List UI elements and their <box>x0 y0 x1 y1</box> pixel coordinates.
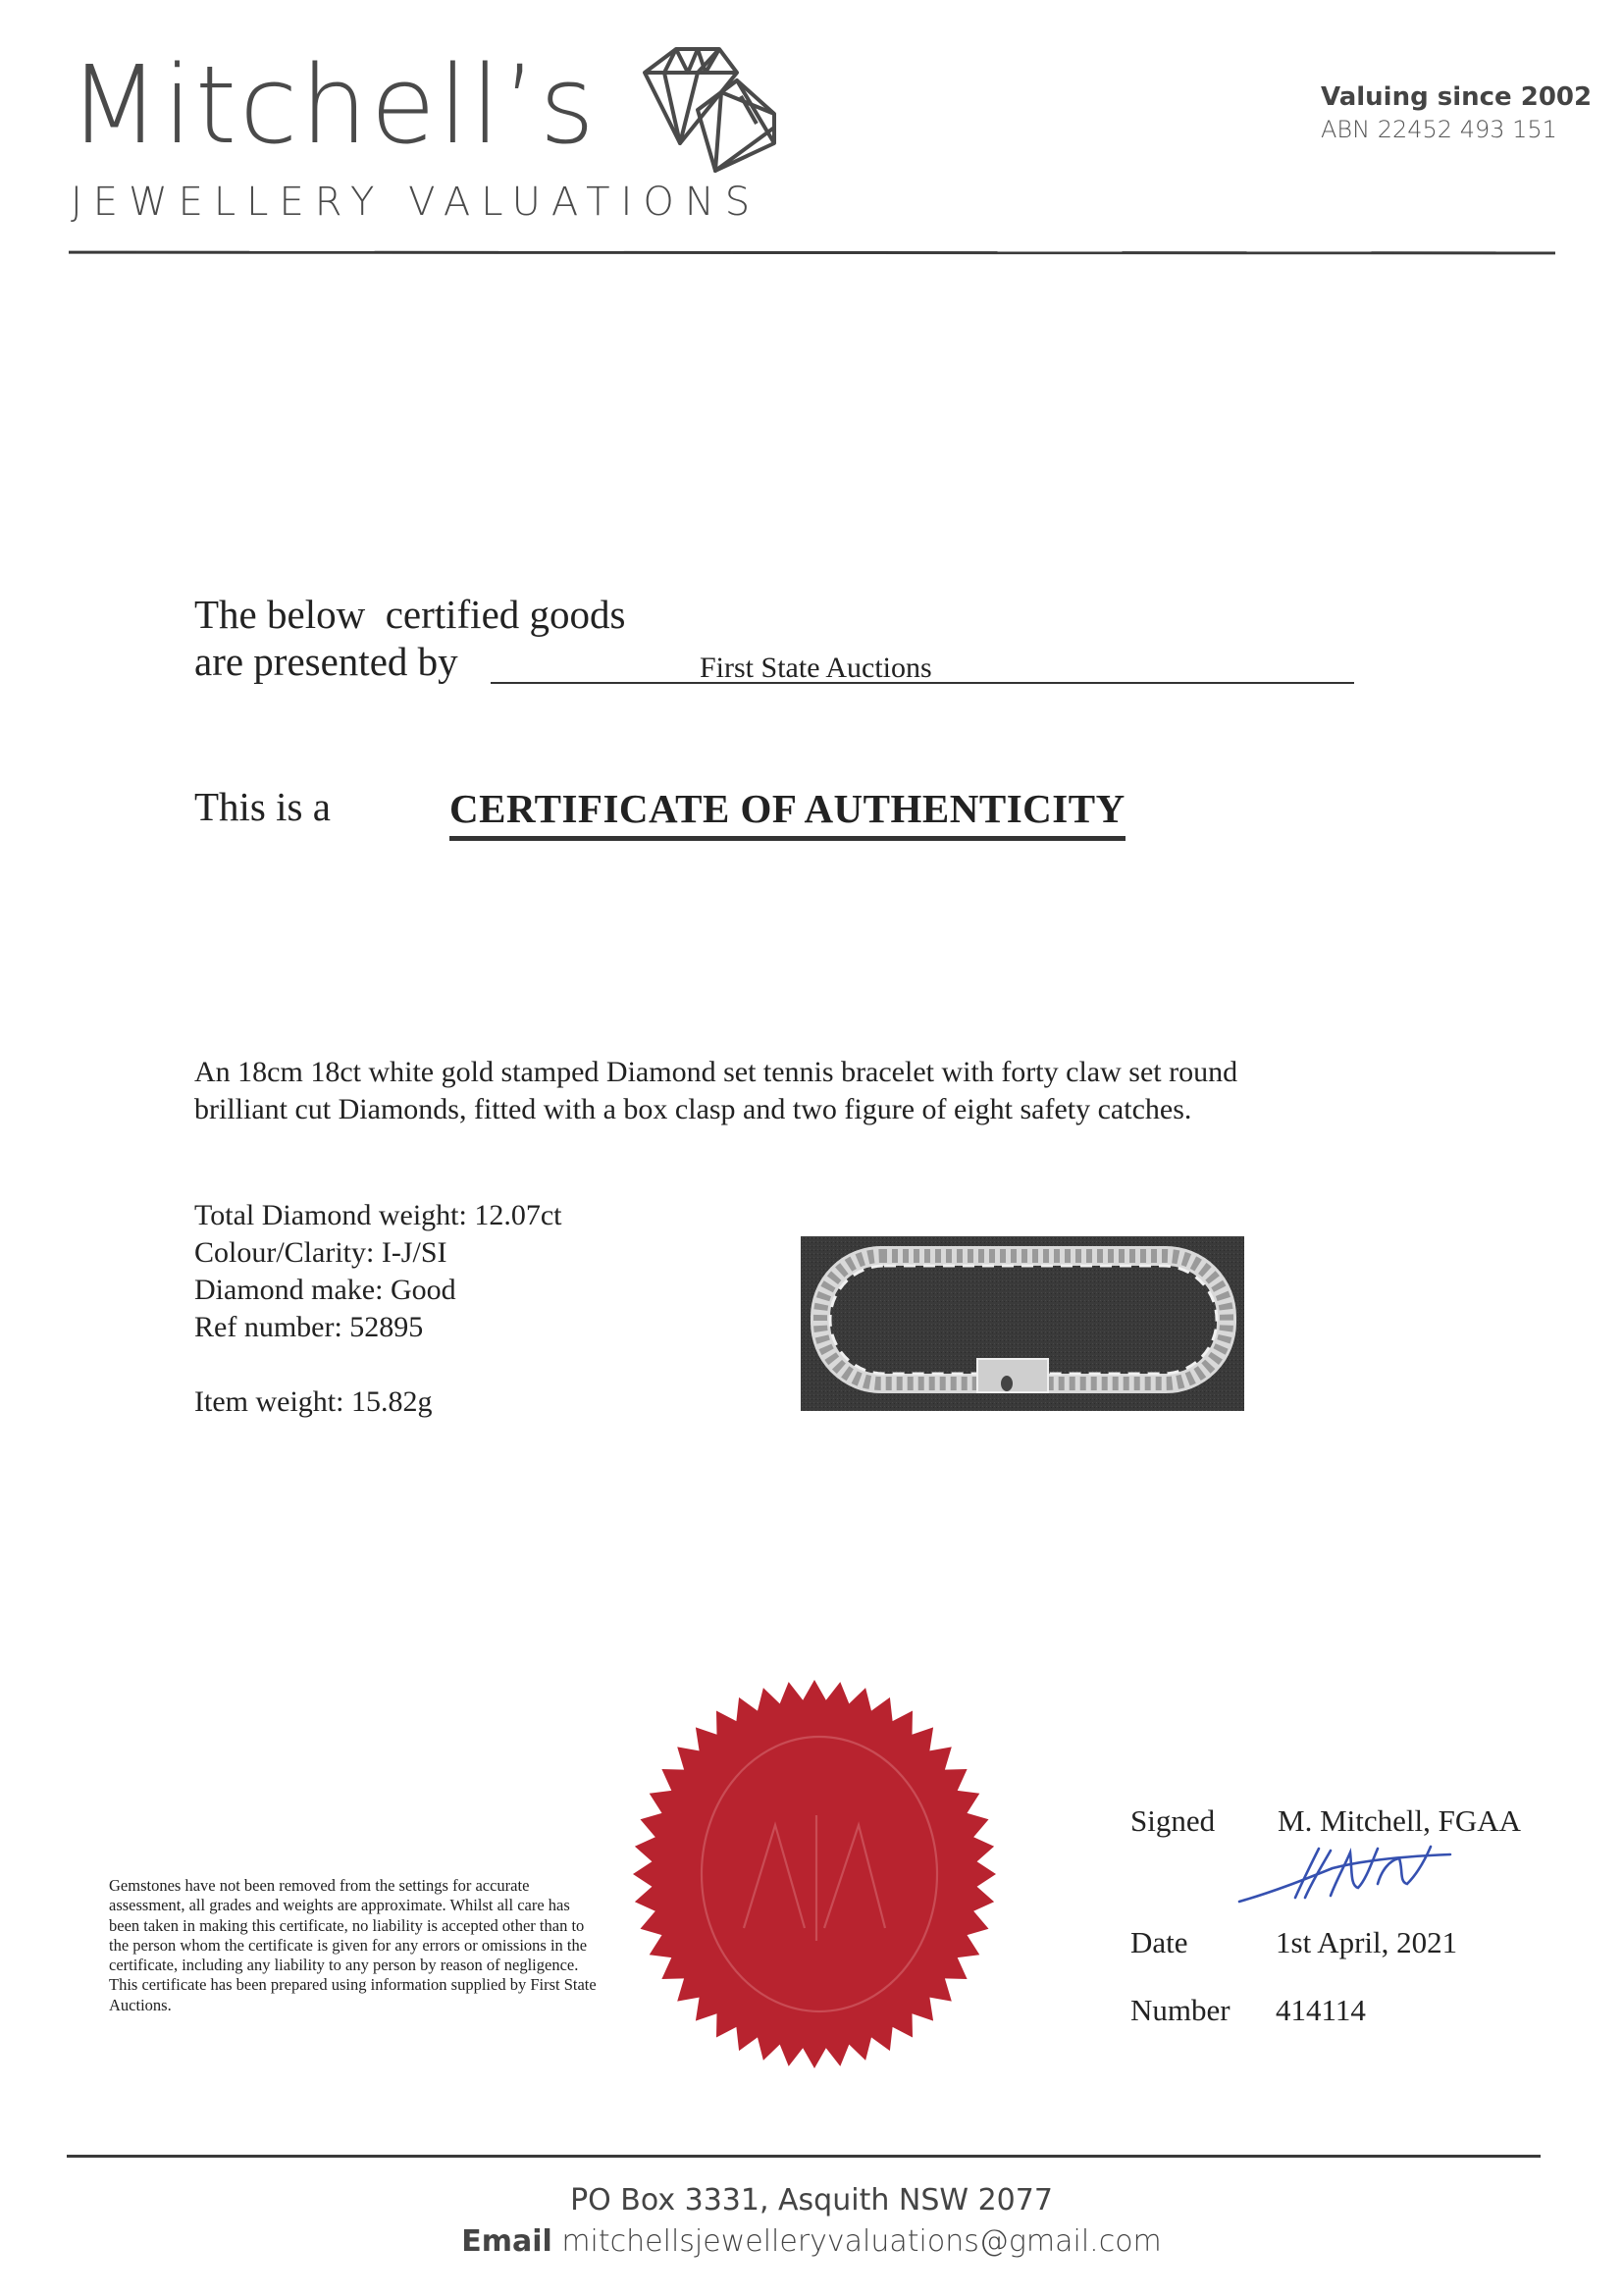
spec-total-diamond-weight: Total Diamond weight: 12.07ct <box>194 1197 562 1234</box>
certificate-title: CERTIFICATE OF AUTHENTICITY <box>449 785 1126 841</box>
certificate-prefix: This is a <box>194 787 331 827</box>
brand-name: Mitchell’s <box>69 51 598 159</box>
email-row: Email mitchellsjewelleryvaluations@gmail… <box>0 2227 1623 2257</box>
tagline: Valuing since 2002 <box>1321 84 1592 110</box>
header-divider <box>69 251 1555 255</box>
disclaimer-text: Gemstones have not been removed from the… <box>109 1876 600 2015</box>
item-weight: Item weight: 15.82g <box>194 1385 432 1419</box>
presenter-name: First State Auctions <box>700 652 932 685</box>
certificate-number: 414114 <box>1276 1995 1366 2025</box>
bracelet-photo <box>801 1236 1244 1411</box>
seal-icon <box>628 1678 1001 2080</box>
spec-colour-clarity: Colour/Clarity: I-J/SI <box>194 1234 562 1272</box>
postal-address: PO Box 3331, Asquith NSW 2077 <box>0 2186 1623 2216</box>
number-label: Number <box>1130 1995 1230 2025</box>
item-specs: Total Diamond weight: 12.07ct Colour/Cla… <box>194 1197 562 1346</box>
email-link[interactable]: mitchellsjewelleryvaluations@gmail.com <box>561 2224 1161 2259</box>
email-label: Email <box>461 2224 552 2259</box>
spec-diamond-make: Diamond make: Good <box>194 1272 562 1309</box>
date-value: 1st April, 2021 <box>1276 1927 1457 1957</box>
diamond-icon <box>643 45 819 173</box>
spec-ref-number: Ref number: 52895 <box>194 1309 562 1346</box>
presenter-underline <box>491 682 1354 684</box>
signed-label: Signed <box>1130 1805 1215 1836</box>
intro-text-line1: The below certified goods <box>194 595 625 635</box>
abn-number: ABN 22452 493 151 <box>1321 118 1557 141</box>
signer-name: M. Mitchell, FGAA <box>1278 1805 1521 1836</box>
signature-icon <box>1234 1841 1460 1909</box>
brand-subtitle: JEWELLERY VALUATIONS <box>71 183 760 222</box>
intro-text-line2: are presented by <box>194 642 458 682</box>
item-description: An 18cm 18ct white gold stamped Diamond … <box>194 1054 1254 1128</box>
date-label: Date <box>1130 1927 1188 1957</box>
footer-divider <box>67 2155 1541 2158</box>
